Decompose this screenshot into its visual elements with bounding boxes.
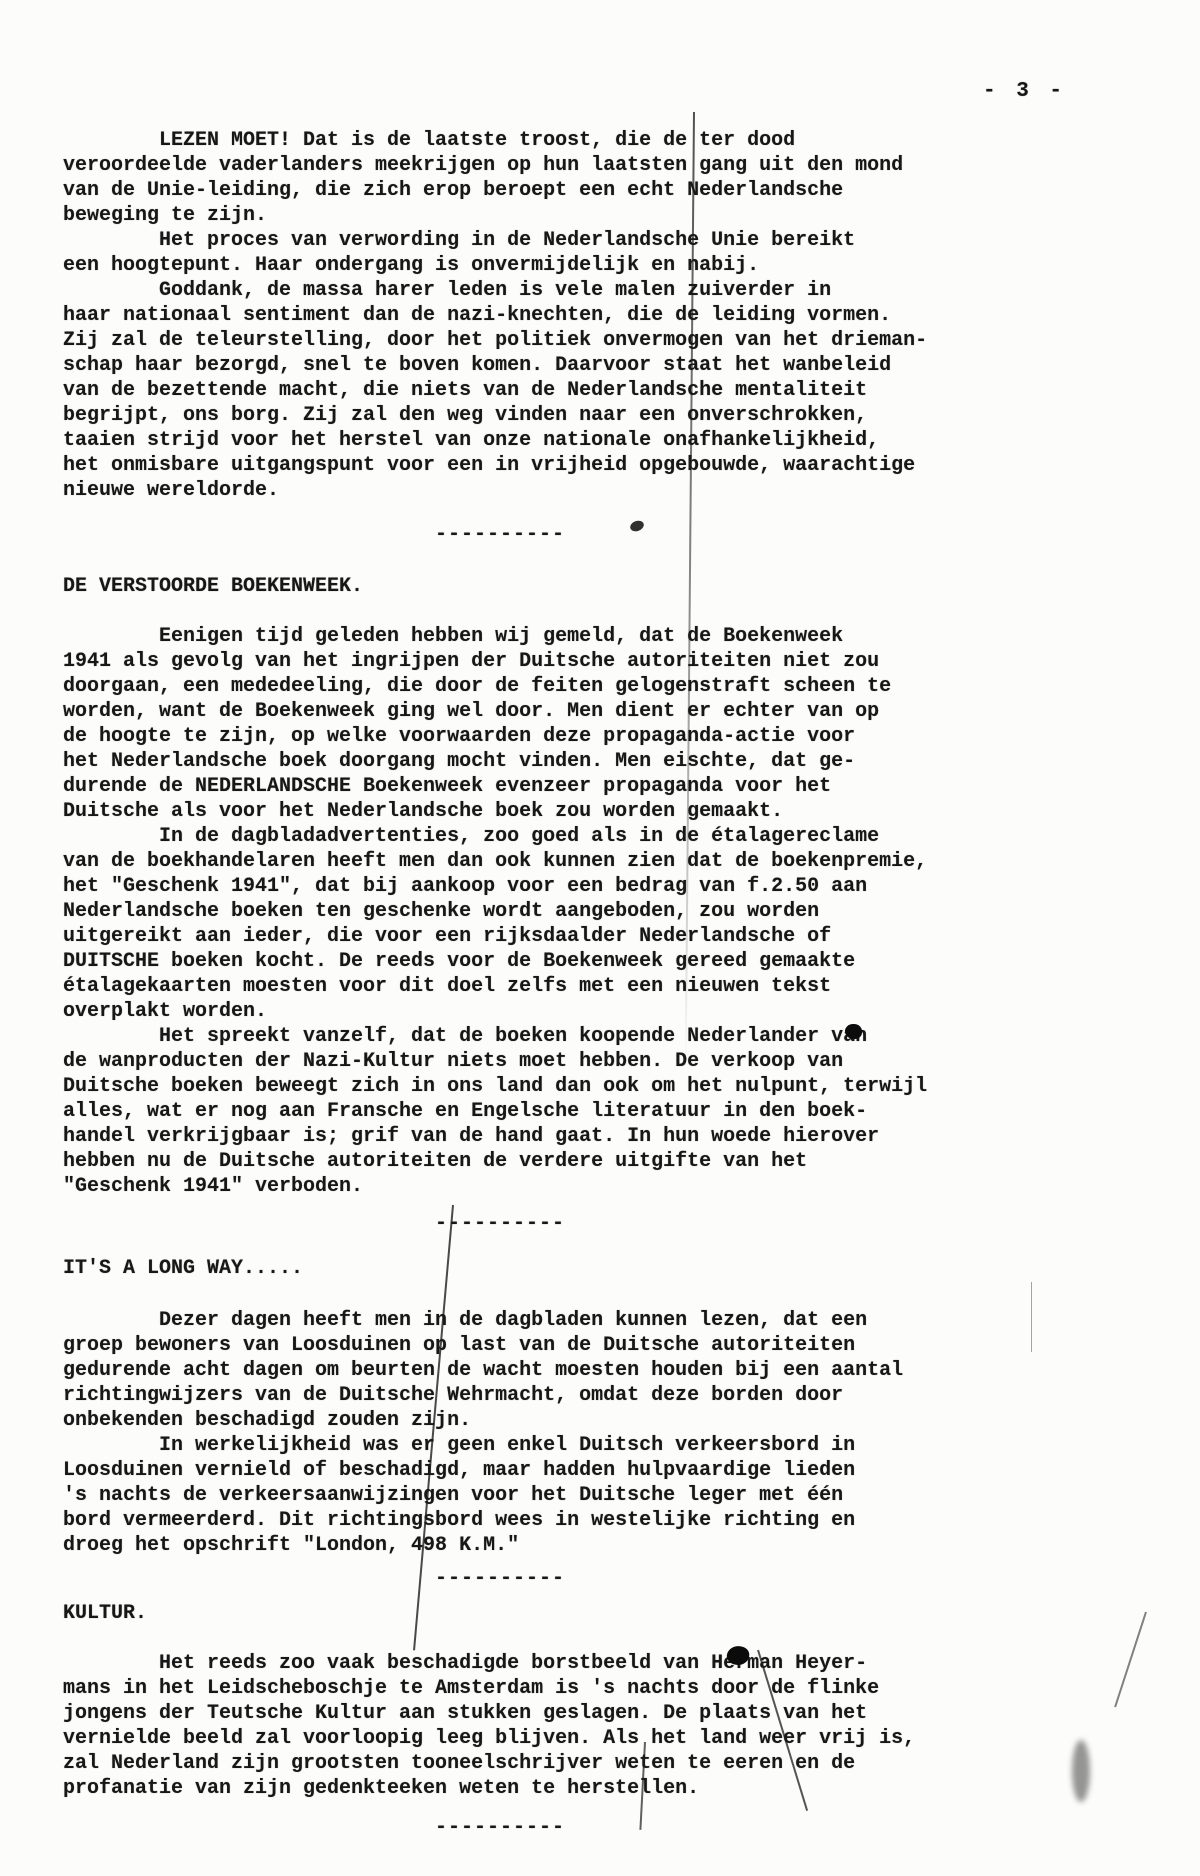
intro-paragraph: LEZEN MOET! Dat is de laatste troost, di… xyxy=(63,128,1148,228)
section-paragraph: In de dagbladadvertenties, zoo goed als … xyxy=(63,824,1148,1024)
section-paragraph: In werkelijkheid was er geen enkel Duits… xyxy=(63,1433,1148,1558)
section-heading-long-way: IT'S A LONG WAY..... xyxy=(63,1256,1148,1281)
section-kultur: KULTUR. Het reeds zoo vaak beschadigde b… xyxy=(63,1601,1148,1801)
intro-paragraph: Het proces van verwording in de Nederlan… xyxy=(63,228,1148,278)
document-body: LEZEN MOET! Dat is de laatste troost, di… xyxy=(63,128,1148,1840)
section-paragraph: Eenigen tijd geleden hebben wij gemeld, … xyxy=(63,624,1148,824)
section-divider: ---------- xyxy=(435,1815,1148,1840)
section-divider: ---------- xyxy=(435,1566,1148,1591)
section-paragraph: Het spreekt vanzelf, dat de boeken koope… xyxy=(63,1024,1148,1199)
intro-section: LEZEN MOET! Dat is de laatste troost, di… xyxy=(63,128,1148,503)
page-number: - 3 - xyxy=(983,80,1066,103)
section-heading-kultur: KULTUR. xyxy=(63,1601,1148,1626)
section-paragraph: Het reeds zoo vaak beschadigde borstbeel… xyxy=(63,1651,1148,1801)
section-divider: ---------- xyxy=(435,522,1148,547)
section-paragraph: Dezer dagen heeft men in de dagbladen ku… xyxy=(63,1308,1148,1433)
section-boekenweek: DE VERSTOORDE BOEKENWEEK. Eenigen tijd g… xyxy=(63,574,1148,1199)
section-long-way: IT'S A LONG WAY..... Dezer dagen heeft m… xyxy=(63,1256,1148,1558)
section-heading-boekenweek: DE VERSTOORDE BOEKENWEEK. xyxy=(63,574,1148,599)
intro-paragraph: Goddank, de massa harer leden is vele ma… xyxy=(63,278,1148,503)
section-divider: ---------- xyxy=(435,1211,1148,1236)
scanned-document-page: - 3 - LEZEN MOET! Dat is de laatste troo… xyxy=(0,0,1200,1876)
